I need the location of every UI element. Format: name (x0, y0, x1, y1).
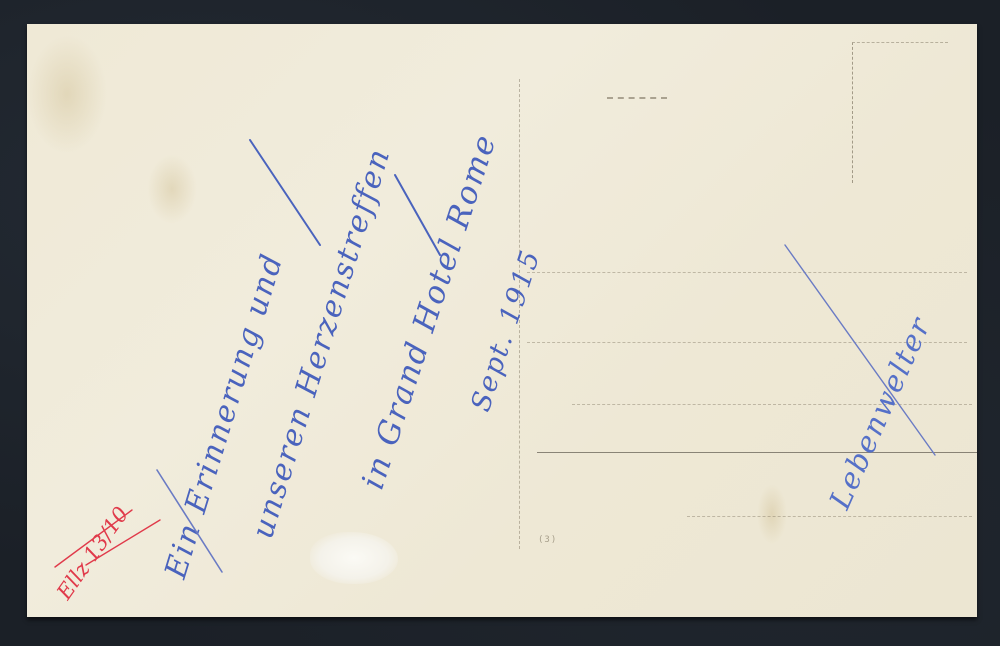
glue-residue (310, 532, 398, 584)
stamp-box-outline (852, 42, 948, 183)
address-line-3 (572, 404, 972, 405)
printer-mark: (3) (538, 535, 557, 545)
address-line-4 (537, 452, 977, 453)
age-stain (27, 34, 107, 154)
age-stain (147, 154, 197, 224)
stamp-mark-dash (607, 97, 667, 99)
address-line-5 (687, 516, 972, 517)
address-line-1 (527, 272, 967, 273)
age-stain (757, 484, 787, 544)
